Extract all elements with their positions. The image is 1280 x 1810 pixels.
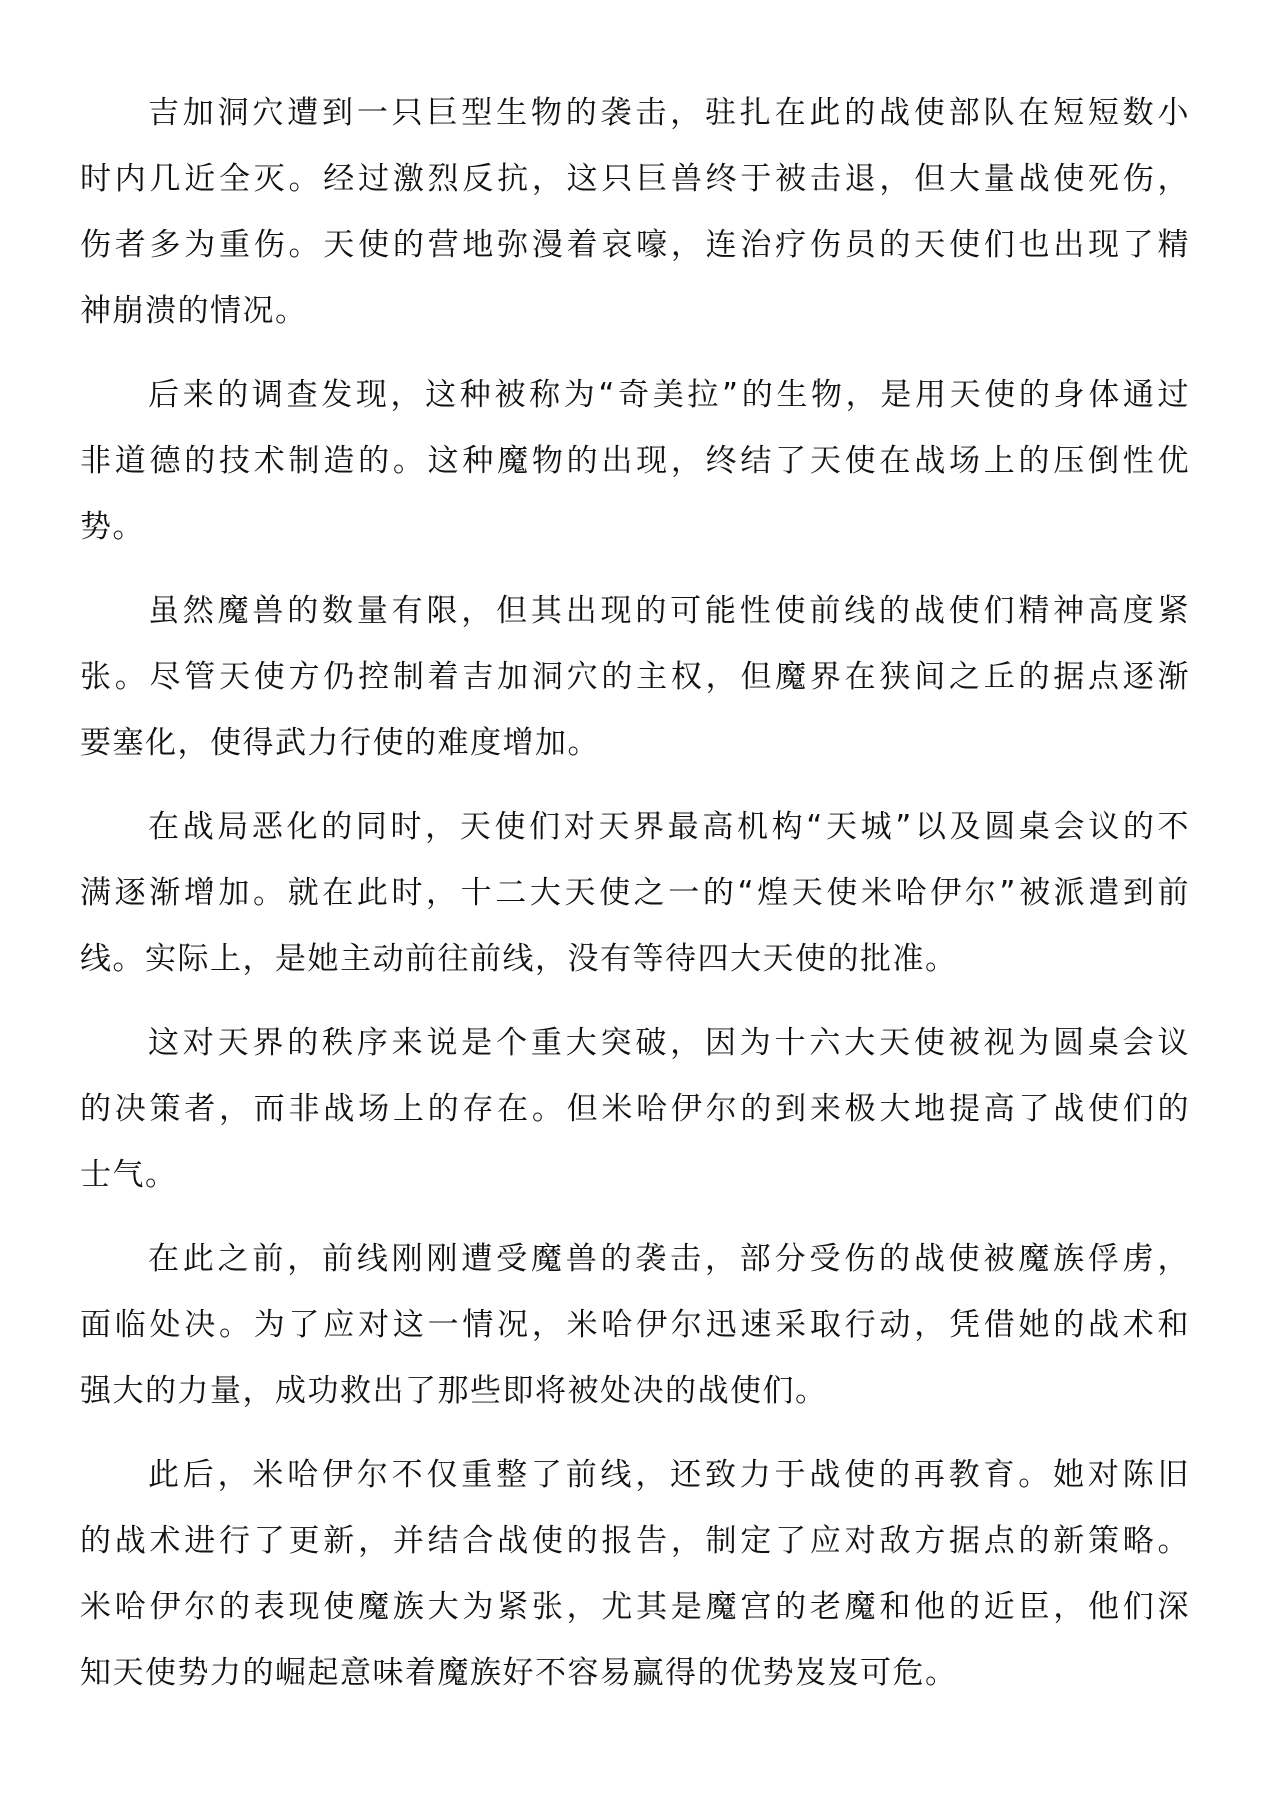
text-line: 时内几近全灭。经过激烈反抗，这只巨兽终于被击退，但大量战使死伤， <box>80 146 1190 212</box>
paragraph-1: 吉加洞穴遭到一只巨型生物的袭击，驻扎在此的战使部队在短短数小 时内几近全灭。经过… <box>80 80 1190 344</box>
text-line: 要塞化，使得武力行使的难度增加。 <box>80 710 1190 776</box>
paragraph-7: 此后，米哈伊尔不仅重整了前线，还致力于战使的再教育。她对陈旧 的战术进行了更新，… <box>80 1442 1190 1706</box>
paragraph-2: 后来的调查发现，这种被称为“奇美拉”的生物，是用天使的身体通过 非道德的技术制造… <box>80 362 1190 560</box>
text-line: 这对天界的秩序来说是个重大突破，因为十六大天使被视为圆桌会议 <box>80 1010 1190 1076</box>
text-line: 非道德的技术制造的。这种魔物的出现，终结了天使在战场上的压倒性优 <box>80 428 1190 494</box>
text-line: 吉加洞穴遭到一只巨型生物的袭击，驻扎在此的战使部队在短短数小 <box>80 80 1190 146</box>
text-line: 士气。 <box>80 1142 1190 1208</box>
text-line: 强大的力量，成功救出了那些即将被处决的战使们。 <box>80 1358 1190 1424</box>
paragraph-6: 在此之前，前线刚刚遭受魔兽的袭击，部分受伤的战使被魔族俘虏， 面临处决。为了应对… <box>80 1226 1190 1424</box>
text-line: 在战局恶化的同时，天使们对天界最高机构“天城”以及圆桌会议的不 <box>80 794 1190 860</box>
paragraph-3: 虽然魔兽的数量有限，但其出现的可能性使前线的战使们精神高度紧 张。尽管天使方仍控… <box>80 578 1190 776</box>
text-line: 在此之前，前线刚刚遭受魔兽的袭击，部分受伤的战使被魔族俘虏， <box>80 1226 1190 1292</box>
text-line: 伤者多为重伤。天使的营地弥漫着哀嚎，连治疗伤员的天使们也出现了精 <box>80 212 1190 278</box>
text-line: 的战术进行了更新，并结合战使的报告，制定了应对敌方据点的新策略。 <box>80 1508 1190 1574</box>
document-page: 吉加洞穴遭到一只巨型生物的袭击，驻扎在此的战使部队在短短数小 时内几近全灭。经过… <box>80 80 1190 1724</box>
text-line: 虽然魔兽的数量有限，但其出现的可能性使前线的战使们精神高度紧 <box>80 578 1190 644</box>
text-line: 的决策者，而非战场上的存在。但米哈伊尔的到来极大地提高了战使们的 <box>80 1076 1190 1142</box>
text-line: 张。尽管天使方仍控制着吉加洞穴的主权，但魔界在狭间之丘的据点逐渐 <box>80 644 1190 710</box>
paragraph-4: 在战局恶化的同时，天使们对天界最高机构“天城”以及圆桌会议的不 满逐渐增加。就在… <box>80 794 1190 992</box>
text-line: 神崩溃的情况。 <box>80 278 1190 344</box>
text-line: 满逐渐增加。就在此时，十二大天使之一的“煌天使米哈伊尔”被派遣到前 <box>80 860 1190 926</box>
paragraph-5: 这对天界的秩序来说是个重大突破，因为十六大天使被视为圆桌会议 的决策者，而非战场… <box>80 1010 1190 1208</box>
text-line: 米哈伊尔的表现使魔族大为紧张，尤其是魔宫的老魔和他的近臣，他们深 <box>80 1574 1190 1640</box>
text-line: 后来的调查发现，这种被称为“奇美拉”的生物，是用天使的身体通过 <box>80 362 1190 428</box>
text-line: 此后，米哈伊尔不仅重整了前线，还致力于战使的再教育。她对陈旧 <box>80 1442 1190 1508</box>
text-line: 知天使势力的崛起意味着魔族好不容易赢得的优势岌岌可危。 <box>80 1640 1190 1706</box>
text-line: 线。实际上，是她主动前往前线，没有等待四大天使的批准。 <box>80 926 1190 992</box>
text-line: 面临处决。为了应对这一情况，米哈伊尔迅速采取行动，凭借她的战术和 <box>80 1292 1190 1358</box>
text-line: 势。 <box>80 494 1190 560</box>
